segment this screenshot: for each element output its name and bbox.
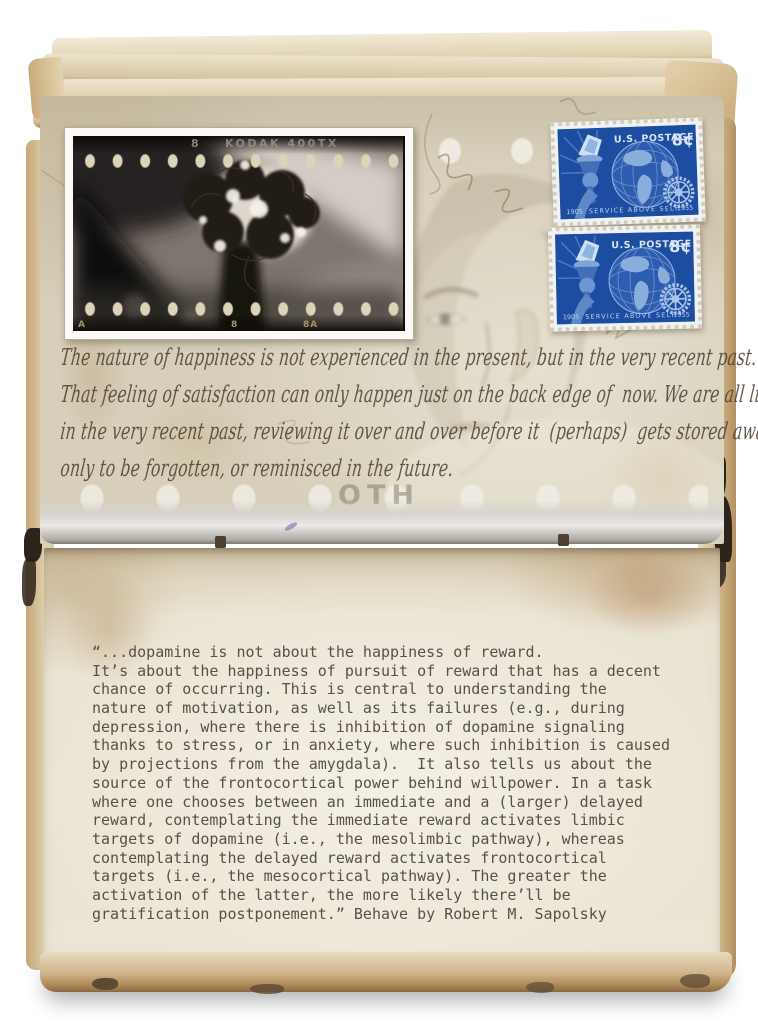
handwritten-line: The nature of happiness is not experienc… [59,344,758,371]
film-edge-code-left: A [78,320,85,330]
bottom-page: “...dopamine is not about the happiness … [44,548,720,972]
typed-line: thanks to stress, or in anxiety, where s… [92,736,670,755]
typed-line: activation of the latter, the more likel… [92,886,670,905]
film-sprocket-row-top [76,149,405,173]
typed-line: gratification postponement.” Behave by R… [92,905,670,924]
top-page: OTH [40,96,724,544]
postage-stamp: U.S. POSTAGE 8¢ 1905 SERVICE ABOVE SELF … [548,224,702,331]
handwritten-line: only to be forgotten, or reminisced in t… [59,455,455,482]
binding-notch [558,534,569,546]
typed-line: chance of occurring. This is central to … [92,680,670,699]
worn-spot [250,984,284,994]
typed-line: source of the frontocortical power behin… [92,774,670,793]
typed-line: It’s about the happiness of pursuit of r… [92,662,670,681]
binding-notch [215,536,226,548]
typed-line: nature of motivation, as well as its fai… [92,699,670,718]
stamp-artwork: U.S. POSTAGE 8¢ 1905 SERVICE ABOVE SELF … [557,125,698,220]
scrapbook-journal-photo: OTH [0,0,758,1024]
postage-stamp: U.S. POSTAGE 8¢ 1905 SERVICE ABOVE SELF … [550,117,706,226]
stamp-year-right: 1955 [677,204,694,213]
film-edge-code-center: 8 [231,320,237,330]
page-curl [40,500,724,544]
film-strip: 8 KODAK 400TX A 8 8A [73,136,405,331]
typed-line: targets of dopamine (i.e., the mesolimbi… [92,830,670,849]
ink-smudge [284,521,299,532]
worn-spot [92,978,118,990]
stamp-year-left: 1905 [563,313,580,321]
stamp-artwork: U.S. POSTAGE 8¢ 1905 SERVICE ABOVE SELF … [555,232,695,325]
handwritten-line: in the very recent past, reviewing it ov… [59,418,758,445]
worn-spine-bit [22,558,36,606]
worn-spot [680,974,710,988]
typed-line: “...dopamine is not about the happiness … [92,643,670,662]
typed-line: by projections from the amygdala). It al… [92,755,670,774]
stamp-denomination: 8¢ [669,237,692,256]
handwritten-line: That feeling of satisfaction can only ha… [59,381,758,408]
typed-line: reward, contemplating the immediate rewa… [92,811,670,830]
worn-spot [526,982,554,993]
stain [584,556,714,636]
typed-line: where one chooses between an immediate a… [92,793,670,812]
film-print-mount: 8 KODAK 400TX A 8 8A [64,127,414,340]
stamp-denomination: 8¢ [671,130,694,150]
book-bottom-fore-edge [40,952,732,992]
stamp-year-right: 1955 [673,311,690,319]
typed-line: depression, where there is inhibition of… [92,718,670,737]
typed-line: contemplating the delayed reward activat… [92,849,670,868]
film-sprocket-row-bottom [76,297,405,321]
stamp-year-left: 1905 [566,208,583,217]
typed-quote-block: “...dopamine is not about the happiness … [92,643,670,923]
film-edge-code-right: 8A [303,320,318,330]
typed-line: targets (i.e., the mesocortical pathway)… [92,867,670,886]
